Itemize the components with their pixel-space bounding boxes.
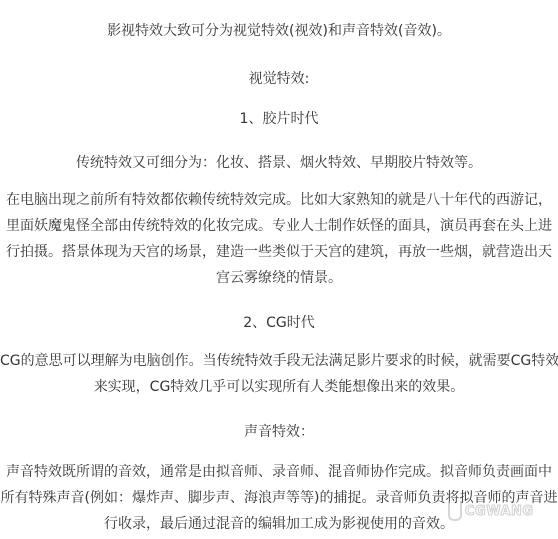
section1-body-line: 宫云雾缭绕的情景。: [0, 265, 558, 291]
section1-body: 在电脑出现之前所有特效都依赖传统特效完成。比如大家熟知的就是八十年代的西游记， …: [0, 187, 558, 291]
section2-body-line: 来实现，CG特效几乎可以实现所有人类能想像出来的效果。: [0, 374, 558, 400]
section2-title: 2、CG时代: [0, 314, 558, 332]
sound-body: 声音特效既所谓的音效，通常是由拟音师、录音师、混音师协作完成。拟音师负责画面中 …: [0, 459, 558, 537]
cgwang-logo-icon: [448, 501, 462, 521]
section2-body-line: CG的意思可以理解为电脑创作。当传统特效手段无法满足影片要求的时候，就需要CG特…: [0, 348, 558, 374]
section1-title: 1、胶片时代: [0, 110, 558, 128]
intro-text: 影视特效大致可分为视觉特效(视效)和声音特效(音效)。: [0, 22, 558, 40]
section1-body-line: 行拍摄。搭景体现为天宫的场景，建造一些类似于天宫的建筑，再放一些烟，就营造出天: [0, 239, 558, 265]
sound-effects-heading: 声音特效：: [0, 423, 558, 441]
section1-body-line: 在电脑出现之前所有特效都依赖传统特效完成。比如大家熟知的就是八十年代的西游记，: [0, 187, 558, 213]
section1-subtitle: 传统特效又可细分为：化妆、搭景、烟火特效、早期胶片特效等。: [0, 154, 558, 172]
watermark: CGWANG: [448, 500, 548, 522]
visual-effects-heading: 视觉特效:: [0, 70, 558, 88]
section2-body: CG的意思可以理解为电脑创作。当传统特效手段无法满足影片要求的时候，就需要CG特…: [0, 348, 558, 400]
section1-body-line: 里面妖魔鬼怪全部由传统特效的化妆完成。专业人士制作妖怪的面具，演员再套在头上进: [0, 213, 558, 239]
sound-body-line: 声音特效既所谓的音效，通常是由拟音师、录音师、混音师协作完成。拟音师负责画面中: [0, 459, 558, 485]
watermark-text: CGWANG: [465, 504, 534, 519]
